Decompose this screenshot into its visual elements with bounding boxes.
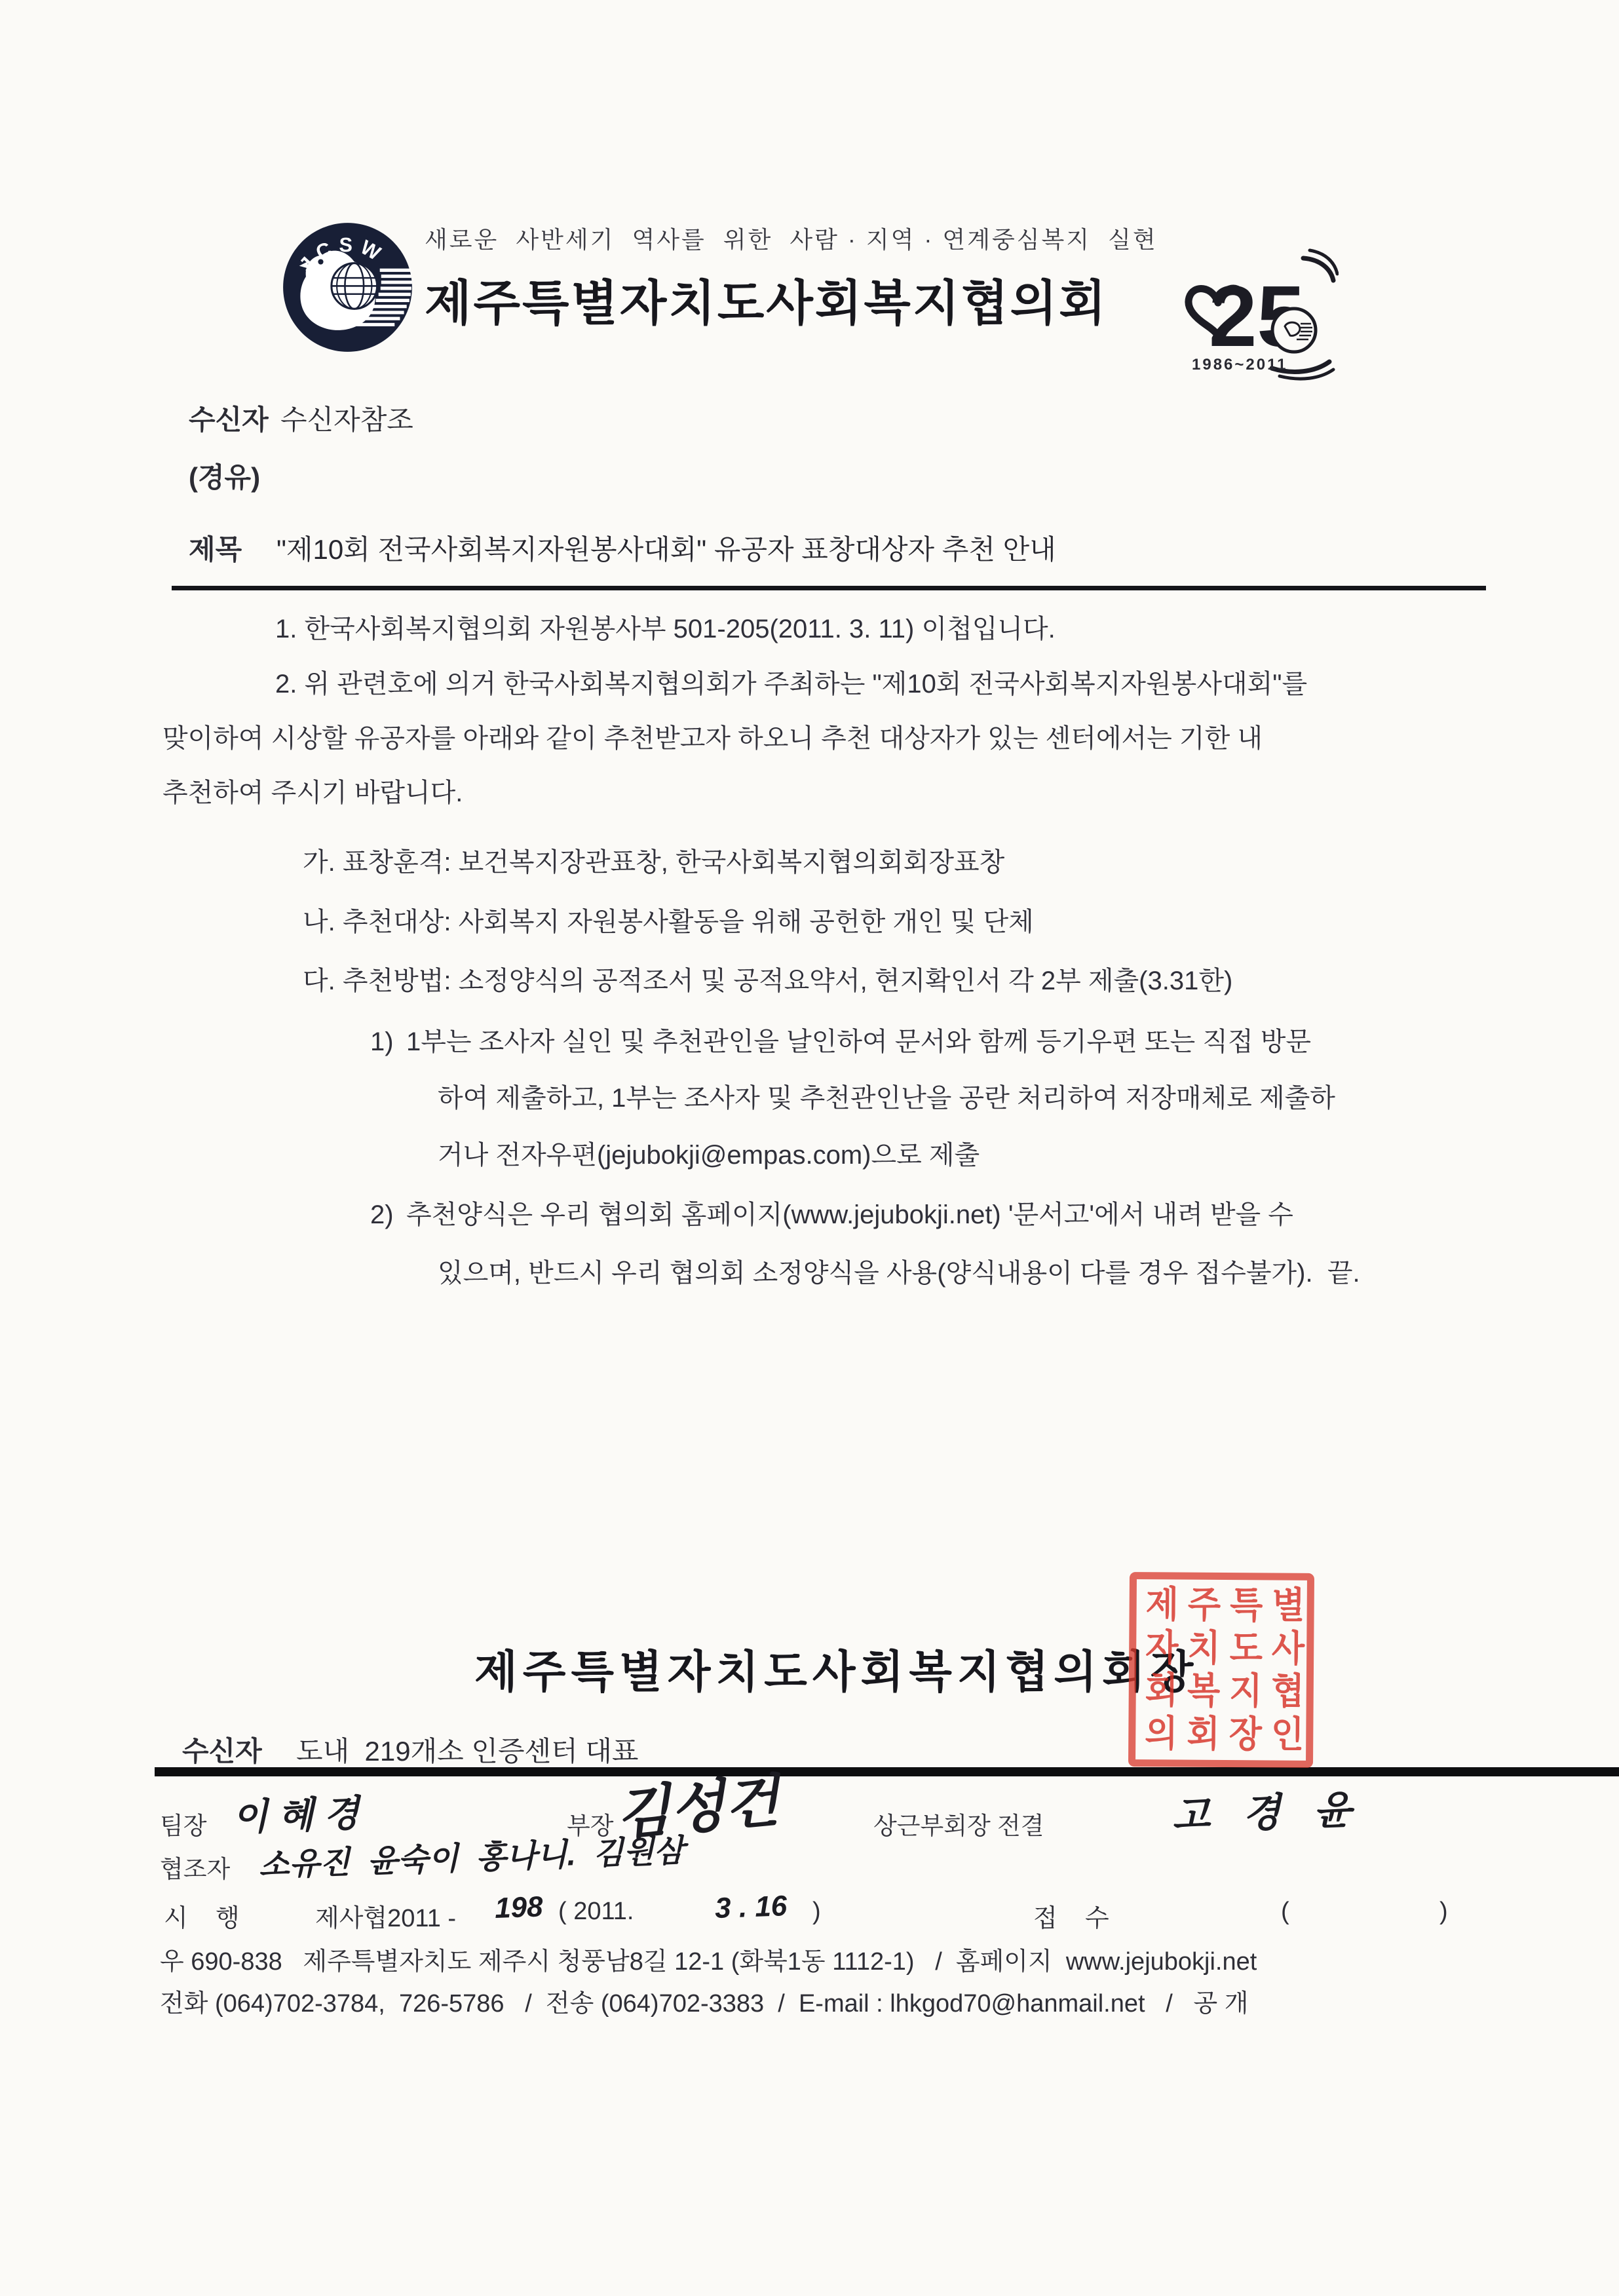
- body-para2-line3: 추천하여 주시기 바랍니다.: [162, 777, 463, 809]
- doc-number-handwritten: 198: [494, 1890, 543, 1925]
- recipient-value: 수신자참조: [280, 398, 413, 438]
- subject-underline: [172, 586, 1486, 590]
- vice-chair-signature: 고 경 윤: [1171, 1778, 1352, 1841]
- body-para2-line2: 맞이하여 시상할 유공자를 아래와 같이 추천받고자 하오니 추천 대상자가 있…: [162, 723, 1263, 754]
- jcsw-logo: JCSW: [269, 208, 403, 343]
- vice-chair-label: 상근부회장 전결: [873, 1806, 1044, 1841]
- footer-divider-bar: [155, 1767, 1619, 1776]
- anniversary-25-icon: 25 1986~2011: [1175, 240, 1339, 384]
- date-suffix: ): [812, 1898, 821, 1926]
- item-ga: 가. 표창훈격: 보건복지장관표창, 한국사회복지협의회회장표창: [303, 847, 1004, 878]
- subitem2-marker: 2): [370, 1199, 394, 1231]
- receipt-paren-open: (: [1281, 1898, 1289, 1926]
- anniversary-emblem: 25 1986~2011: [1163, 228, 1327, 372]
- seal-row-3: 회복지협: [1136, 1670, 1306, 1713]
- recipient-label: 수신자: [189, 398, 269, 438]
- final-recipients-value: 도내 219개소 인증센터 대표: [296, 1730, 638, 1769]
- via-line: (경유): [189, 456, 260, 495]
- item-da: 다. 추천방법: 소정양식의 공적조서 및 공적요약서, 현지확인서 각 2부 …: [303, 965, 1232, 997]
- official-seal: 제주특별 자치도사 회복지협 의회장인: [1128, 1572, 1314, 1768]
- seal-row-4: 의회장인: [1135, 1713, 1306, 1757]
- date-handwritten: 3 . 16: [714, 1890, 788, 1925]
- subject-label: 제목: [189, 528, 242, 567]
- exec-label: 시 행: [164, 1898, 240, 1934]
- issuer-title: 제주특별자치도사회복지협의회장: [474, 1637, 1198, 1700]
- date-prefix: ( 2011.: [558, 1898, 634, 1926]
- receipt-paren-close: ): [1439, 1898, 1448, 1926]
- receipt-label: 접 수: [1033, 1898, 1109, 1934]
- seal-row-2: 자치도사: [1136, 1626, 1306, 1670]
- subitem1-line3: 거나 전자우편(jejubokji@empas.com)으로 제출: [438, 1139, 980, 1171]
- body-para2-line1: 2. 위 관련호에 의거 한국사회복지협의회가 주최하는 "제10회 전국사회복…: [275, 668, 1307, 700]
- subject-text: "제10회 전국사회복지자원봉사대회" 유공자 표창대상자 추천 안내: [276, 528, 1056, 567]
- subitem1-line1: 1부는 조사자 실인 및 추천관인을 날인하여 문서와 함께 등기우편 또는 직…: [406, 1026, 1311, 1058]
- doc-number: 제사협2011 -: [315, 1898, 456, 1934]
- subitem2-line2: 있으며, 반드시 우리 협의회 소정양식을 사용(양식내용이 다를 경우 접수불…: [438, 1257, 1360, 1289]
- cooperators-label: 협조자: [160, 1849, 230, 1885]
- jcsw-logo-icon: JCSW: [280, 220, 415, 354]
- subitem1-line2: 하여 제출하고, 1부는 조사자 및 추천관인난을 공란 처리하여 저장매체로 …: [438, 1082, 1335, 1114]
- org-name-title: 제주특별자치도사회복지협의회: [425, 265, 1108, 334]
- header-slogan: 새로운 사반세기 역사를 위한 사람 · 지역 · 연계중심복지 실현: [425, 221, 1158, 255]
- document-page: JCSW: [0, 0, 1619, 2296]
- item-na: 나. 추천대상: 사회복지 자원봉사활동을 위해 공헌한 개인 및 단체: [303, 906, 1034, 938]
- body-para1: 1. 한국사회복지협의회 자원봉사부 501-205(2011. 3. 11) …: [275, 613, 1056, 645]
- team-leader-signature: 이 혜 경: [231, 1784, 360, 1841]
- subitem2-line1: 추천양식은 우리 협의회 홈페이지(www.jejubokji.net) '문서…: [406, 1199, 1293, 1231]
- contact-line: 전화 (064)702-3784, 726-5786 / 전송 (064)702…: [160, 1983, 1248, 2019]
- anniversary-years-glyph: 1986~2011: [1192, 356, 1287, 373]
- seal-row-1: 제주특별: [1136, 1584, 1306, 1628]
- subitem1-marker: 1): [370, 1026, 394, 1058]
- final-recipients-label: 수신자: [182, 1730, 262, 1769]
- team-leader-label: 팀장: [160, 1806, 206, 1841]
- address-line: 우 690-838 제주특별자치도 제주시 청풍남8길 12-1 (화북1동 1…: [160, 1941, 1257, 1977]
